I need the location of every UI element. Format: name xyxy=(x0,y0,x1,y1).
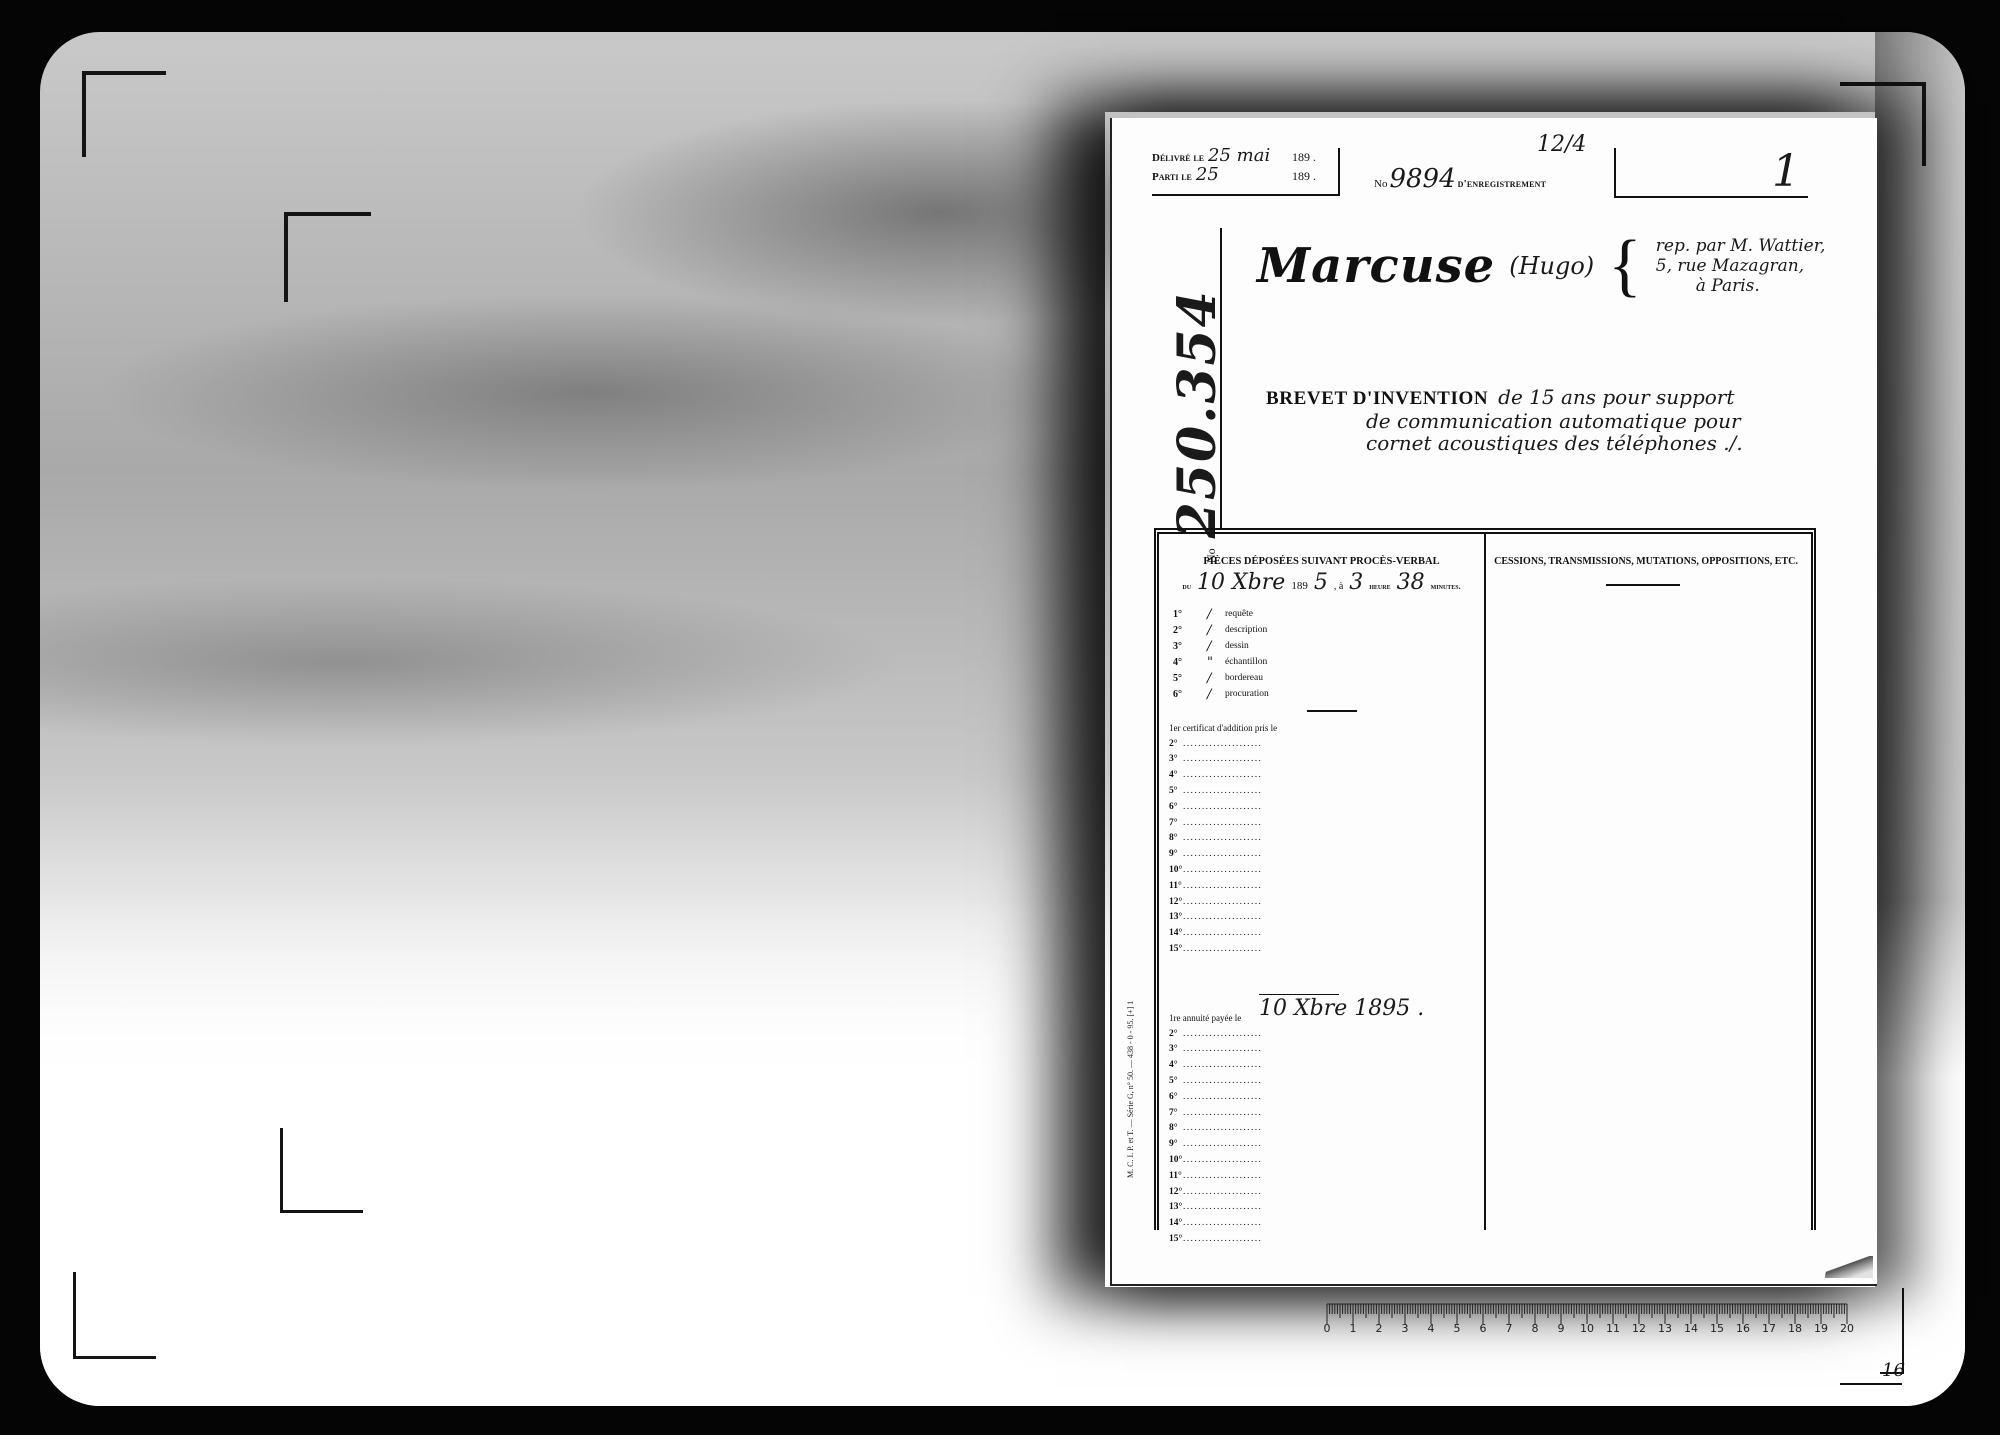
list-item: 3°..................... xyxy=(1169,1042,1262,1058)
list-item: 12°..................... xyxy=(1169,1184,1262,1200)
volume-number: 1 xyxy=(1772,150,1800,194)
list-item: 15°..................... xyxy=(1169,1231,1262,1247)
list-item: 14°..................... xyxy=(1169,1215,1262,1231)
list-item: 2°..................... xyxy=(1169,1026,1262,1042)
list-item: 7°..................... xyxy=(1169,815,1277,831)
patent-number-vertical: No 250.354 xyxy=(1167,323,1217,563)
piece-item: 5°/bordereau xyxy=(1173,670,1269,686)
cessions-rule xyxy=(1606,584,1680,586)
annuities-list: 1re annuité payée le2°..................… xyxy=(1169,1010,1262,1247)
brace: { xyxy=(1608,236,1642,296)
piece-item: 3°/dessin xyxy=(1173,638,1269,654)
printer-imprint: M. C. I. P. et T. — Série G, n° 50. — 43… xyxy=(1126,938,1135,1178)
sent-date: 25 xyxy=(1196,167,1219,183)
representative-address: rep. par M. Wattier, 5, rue Mazagran, à … xyxy=(1656,236,1826,296)
list-item: 13°..................... xyxy=(1169,910,1277,926)
records-form: PIÈCES DÉPOSÉES SUIVANT PROCÈS-VERBAL du… xyxy=(1154,528,1816,1230)
piece-item: 2°/description xyxy=(1173,622,1269,638)
list-item-first: 1re annuité payée le xyxy=(1169,1010,1262,1026)
cessions-heading: CESSIONS, TRANSMISSIONS, MUTATIONS, OPPO… xyxy=(1486,556,1806,567)
ruler-labels: 01234567891011121314151617181920 xyxy=(1323,1322,1883,1338)
list-item: 7°..................... xyxy=(1169,1105,1262,1121)
annuities-section: 10 Xbre 1895 . 1re annuité payée le2°...… xyxy=(1169,1010,1262,1247)
list-item: 9°..................... xyxy=(1169,1136,1262,1152)
page-curl xyxy=(1825,1256,1873,1278)
column-divider xyxy=(1484,534,1486,1230)
dispatch-box: Délivré le 25 mai 189 . Parti le 25 189 … xyxy=(1152,148,1340,196)
volume-box: 1 xyxy=(1614,148,1808,198)
delivered-date: 25 mai xyxy=(1208,148,1270,164)
list-item: 9°..................... xyxy=(1169,846,1277,862)
sheet-number: 16 xyxy=(1882,1360,1905,1381)
delivered-row: Délivré le 25 mai 189 . xyxy=(1152,148,1338,167)
list-item: 2°..................... xyxy=(1169,736,1277,752)
list-item: 10°..................... xyxy=(1169,862,1277,878)
list-item: 14°..................... xyxy=(1169,925,1277,941)
list-item: 5°..................... xyxy=(1169,1073,1262,1089)
addition-certificates-list: 1er certificat d'addition pris le2°.....… xyxy=(1169,720,1277,957)
piece-item: 4°"échantillon xyxy=(1173,654,1269,670)
list-item: 6°..................... xyxy=(1169,1089,1262,1105)
deposited-pieces-list: 1°/requête2°/description3°/dessin4°"écha… xyxy=(1173,606,1269,702)
sent-row: Parti le 25 189 . xyxy=(1152,167,1338,186)
crop-mark-bottom-left-outer xyxy=(73,1272,156,1359)
pieces-heading: PIÈCES DÉPOSÉES SUIVANT PROCÈS-VERBAL xyxy=(1159,556,1484,567)
piece-item: 1°/requête xyxy=(1173,606,1269,622)
patent-record-sheet: Délivré le 25 mai 189 . Parti le 25 189 … xyxy=(1110,118,1877,1286)
list-item: 13°..................... xyxy=(1169,1200,1262,1216)
list-item: 12°..................... xyxy=(1169,894,1277,910)
first-annuity-date: 10 Xbre 1895 . xyxy=(1259,996,1424,1021)
patent-type-title: BREVET D'INVENTION xyxy=(1266,388,1488,410)
list-item: 10°..................... xyxy=(1169,1152,1262,1168)
section-rule xyxy=(1307,710,1357,712)
list-item: 8°..................... xyxy=(1169,831,1277,847)
applicant-surname: Marcuse xyxy=(1257,238,1495,294)
folio-note: 12/4 xyxy=(1537,132,1586,157)
patent-title-block: BREVET D'INVENTION de 15 ans pour suppor… xyxy=(1266,386,1846,454)
piece-item: 6°/procuration xyxy=(1173,686,1269,702)
applicant-given-name: (Hugo) xyxy=(1509,252,1594,280)
list-item: 4°..................... xyxy=(1169,1057,1262,1073)
list-item: 6°..................... xyxy=(1169,799,1277,815)
deposit-datetime: du 10 Xbre 1895, à 3 heure 38 minutes. xyxy=(1159,570,1484,595)
crop-mark-top-left-inner xyxy=(284,212,371,302)
list-item: 11°..................... xyxy=(1169,1168,1262,1184)
list-item: 15°..................... xyxy=(1169,941,1277,957)
list-item-first: 1er certificat d'addition pris le xyxy=(1169,720,1277,736)
list-item: 8°..................... xyxy=(1169,1121,1262,1137)
list-item: 11°..................... xyxy=(1169,878,1277,894)
list-item: 3°..................... xyxy=(1169,752,1277,768)
list-item: 4°..................... xyxy=(1169,767,1277,783)
list-item: 5°..................... xyxy=(1169,783,1277,799)
applicant-line: Marcuse (Hugo) { rep. par M. Wattier, 5,… xyxy=(1257,236,1825,296)
crop-mark-bottom-left-inner xyxy=(280,1128,363,1213)
registration-number: No 9894 d'enregistrement xyxy=(1374,164,1546,194)
crop-mark-top-left-outer xyxy=(82,71,166,157)
